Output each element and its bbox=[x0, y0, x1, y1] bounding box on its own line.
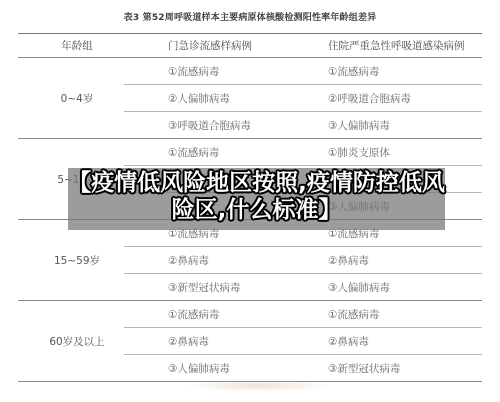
pathogen-cell: ②鼻病毒 bbox=[284, 334, 482, 349]
table-row: ①流感病毒 ①肺炎支原体 bbox=[124, 139, 482, 165]
age-group-label: 0~4岁 bbox=[18, 58, 124, 138]
column-header-outpatient-ili: 门急诊流感样病例 bbox=[124, 38, 284, 53]
pathogen-cell: ①流感病毒 bbox=[124, 307, 284, 322]
pathogen-cell: ②人偏肺病毒 bbox=[124, 91, 284, 106]
page: 表3 第52周呼吸道样本主要病原体核酸检测阳性率年龄组差异 年龄组 门急诊流感样… bbox=[0, 0, 500, 402]
watermark-text-line1: 【疫情低风险地区按照,疫情防控低风 bbox=[68, 170, 445, 197]
table-row-group-0-4: 0~4岁 ①流感病毒 ①流感病毒 ②人偏肺病毒 ②呼吸道合胞病毒 ③呼吸道合胞病… bbox=[18, 58, 482, 139]
pathogen-cell: ①流感病毒 bbox=[124, 64, 284, 79]
table-header-row: 年龄组 门急诊流感样病例 住院严重急性呼吸道感染病例 bbox=[18, 33, 482, 58]
pathogen-cell: ③新型冠状病毒 bbox=[284, 361, 482, 376]
table-row: ③新型冠状病毒 ③人偏肺病毒 bbox=[124, 273, 482, 300]
table-row: ③呼吸道合胞病毒 ③人偏肺病毒 bbox=[124, 111, 482, 138]
table-row: ②人偏肺病毒 ②呼吸道合胞病毒 bbox=[124, 84, 482, 111]
pathogen-cell: ②鼻病毒 bbox=[124, 334, 284, 349]
pathogen-cell: ③呼吸道合胞病毒 bbox=[124, 118, 284, 133]
table-row-group-15-59: 15~59岁 ①流感病毒 ①流感病毒 ②鼻病毒 ②鼻病毒 ③新型冠状病毒 ③人偏… bbox=[18, 220, 482, 301]
row-group-cells: ①流感病毒 ①流感病毒 ②鼻病毒 ②鼻病毒 ③人偏肺病毒 ③新型冠状病毒 bbox=[124, 301, 482, 381]
age-group-label: 15~59岁 bbox=[18, 220, 124, 300]
pathogen-cell: ②鼻病毒 bbox=[284, 253, 482, 268]
table-row: ②鼻病毒 ②鼻病毒 bbox=[124, 327, 482, 354]
pathogen-cell: ①流感病毒 bbox=[124, 145, 284, 160]
pathogen-cell: ③人偏肺病毒 bbox=[284, 280, 482, 295]
row-group-cells: ①流感病毒 ①流感病毒 ②人偏肺病毒 ②呼吸道合胞病毒 ③呼吸道合胞病毒 ③人偏… bbox=[124, 58, 482, 138]
table-row: ②鼻病毒 ②鼻病毒 bbox=[124, 246, 482, 273]
pathogen-cell: ③人偏肺病毒 bbox=[284, 118, 482, 133]
pathogen-cell: ①肺炎支原体 bbox=[284, 145, 482, 160]
pathogen-cell: ②呼吸道合胞病毒 bbox=[284, 91, 482, 106]
age-group-label: 60岁及以上 bbox=[18, 301, 124, 381]
table-row: ①流感病毒 ①流感病毒 bbox=[124, 301, 482, 327]
table-row: ③人偏肺病毒 ③新型冠状病毒 bbox=[124, 354, 482, 381]
table-row-group-60-plus: 60岁及以上 ①流感病毒 ①流感病毒 ②鼻病毒 ②鼻病毒 ③人偏肺病毒 ③新型冠… bbox=[18, 301, 482, 382]
pathogen-cell: ①流感病毒 bbox=[284, 64, 482, 79]
pathogen-cell: ①流感病毒 bbox=[284, 307, 482, 322]
column-header-age-group: 年龄组 bbox=[18, 38, 124, 53]
pathogen-cell: ③人偏肺病毒 bbox=[124, 361, 284, 376]
table-row: ①流感病毒 ①流感病毒 bbox=[124, 58, 482, 84]
watermark-text-line2: 险区,什么标准】 bbox=[68, 197, 445, 224]
row-group-cells: ①流感病毒 ①流感病毒 ②鼻病毒 ②鼻病毒 ③新型冠状病毒 ③人偏肺病毒 bbox=[124, 220, 482, 300]
pathogen-cell: ③新型冠状病毒 bbox=[124, 280, 284, 295]
pathogen-cell: ②鼻病毒 bbox=[124, 253, 284, 268]
column-header-hospitalized-sari: 住院严重急性呼吸道感染病例 bbox=[284, 38, 482, 53]
watermark-caption: 【疫情低风险地区按照,疫情防控低风 险区,什么标准】 bbox=[68, 170, 445, 224]
table-title: 表3 第52周呼吸道样本主要病原体核酸检测阳性率年龄组差异 bbox=[0, 0, 500, 33]
